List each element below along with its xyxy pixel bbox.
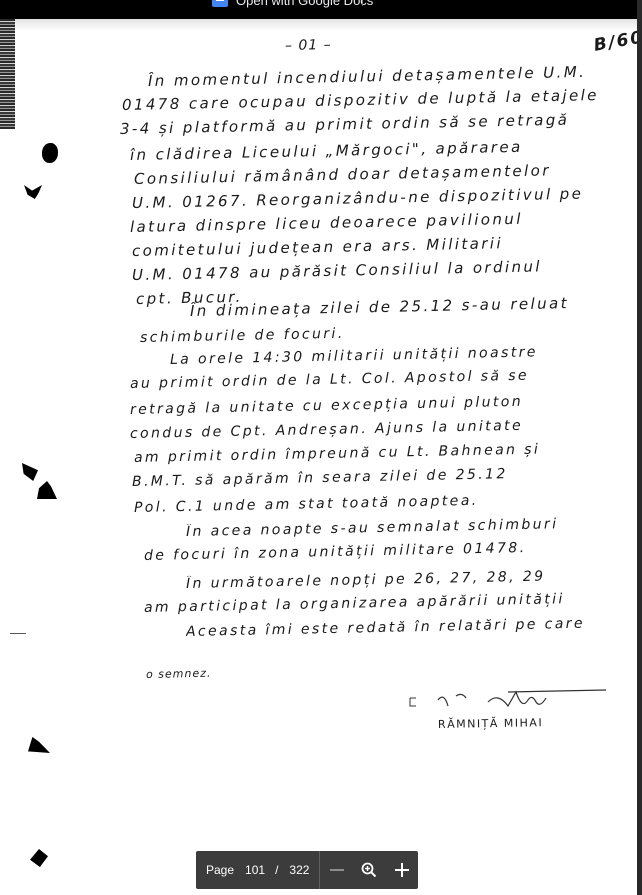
zoom-out-button[interactable]	[320, 851, 353, 889]
scan-edge-artifact	[0, 19, 15, 129]
current-page-number[interactable]: 101	[245, 863, 265, 877]
magnifier-plus-icon	[361, 862, 377, 878]
punch-hole-mark	[37, 481, 57, 499]
open-with-google-docs-button[interactable]: Open with Google Docs	[212, 0, 373, 8]
zoom-button[interactable]	[353, 851, 386, 889]
punch-hole-mark	[24, 185, 42, 199]
viewer-background-edge	[637, 0, 642, 895]
open-with-label: Open with Google Docs	[236, 0, 373, 8]
page-separator: /	[275, 863, 278, 877]
page-label: Page	[206, 863, 234, 877]
scan-speck	[10, 633, 26, 634]
punch-hole-mark	[42, 143, 58, 163]
punch-hole-mark	[28, 737, 50, 753]
viewer-top-bar: Open with Google Docs	[0, 0, 642, 19]
scan-top-shade	[14, 19, 637, 31]
total-pages: 322	[289, 863, 309, 877]
page-number-header: – 01 –	[285, 37, 332, 54]
signature-name: RĂMNIȚĂ MIHAI	[438, 716, 543, 731]
open-with-divider	[362, 0, 363, 6]
signature-scribble	[408, 686, 608, 712]
page-navigation-toolbar: Page 101 / 322	[196, 851, 418, 889]
punch-hole-mark	[22, 463, 38, 481]
zoom-in-button[interactable]	[385, 851, 418, 889]
plus-icon	[395, 863, 409, 877]
google-docs-icon	[212, 0, 228, 7]
page-indicator[interactable]: Page 101 / 322	[196, 863, 309, 877]
punch-hole-mark	[30, 849, 48, 867]
minus-icon	[330, 869, 344, 871]
handwritten-line: o semnez.	[146, 667, 212, 681]
